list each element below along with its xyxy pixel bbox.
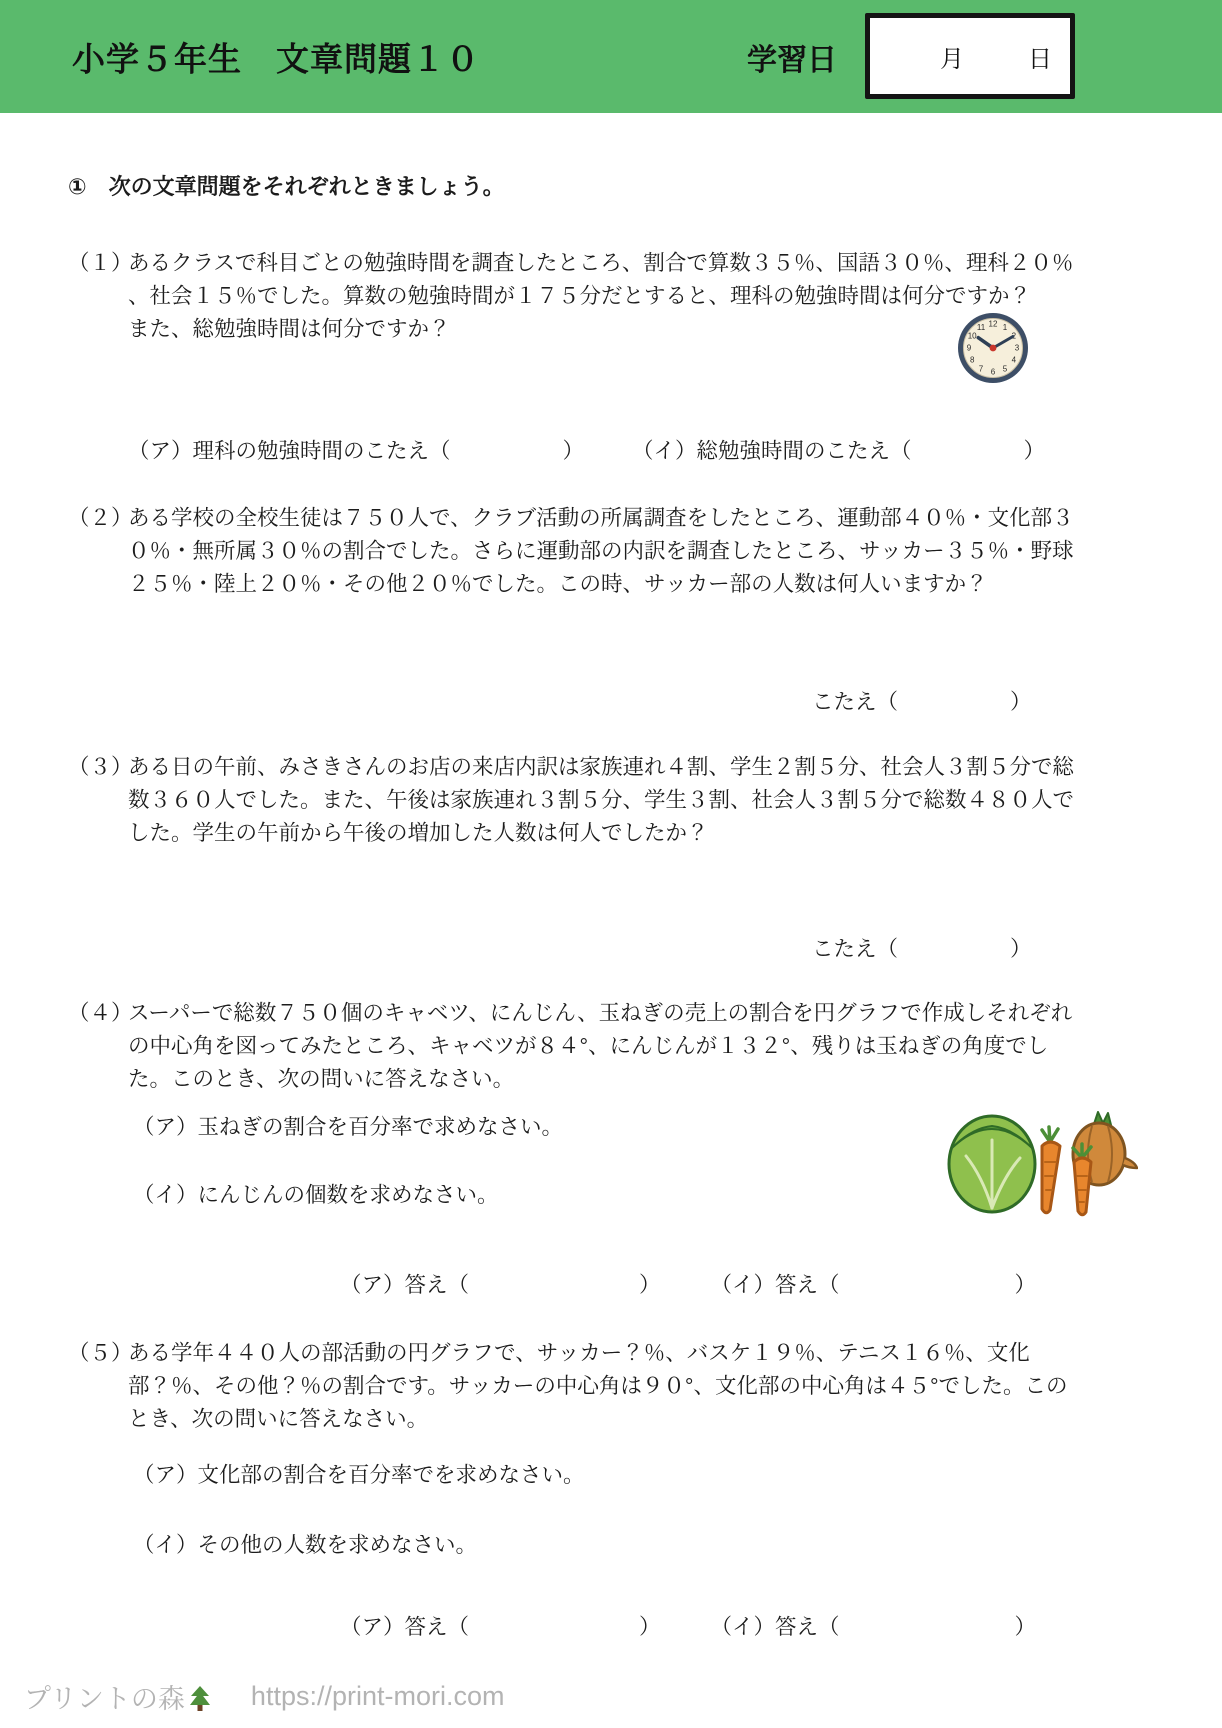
answer-b-label: （イ）答え（ — [711, 1268, 840, 1299]
month-label: 月 — [940, 39, 964, 74]
day-label: 日 — [1028, 39, 1052, 74]
problem-1-line: また、総勉強時間は何分ですか？ — [128, 313, 1073, 346]
svg-text:8: 8 — [970, 356, 975, 365]
svg-text:7: 7 — [979, 364, 984, 373]
answer-b-close: ） — [1015, 1268, 1037, 1299]
problem-5-number: （５） — [68, 1337, 133, 1370]
problem-4-line: た。このとき、次の問いに答えなさい。 — [128, 1063, 1072, 1096]
problem-5-answer-row: （ア）答え（ ） （イ）答え（ ） — [340, 1610, 1036, 1641]
answer-a-blank — [451, 464, 563, 465]
problem-4-subquestion-a: （ア）玉ねぎの割合を百分率で求めなさい。 — [133, 1110, 563, 1141]
problem-5: （５） ある学年４４０人の部活動の円グラフで、サッカー？％、バスケ１９％、テニス… — [68, 1337, 1068, 1436]
problem-1-line: あるクラスで科目ごとの勉強時間を調査したところ、割合で算数３５％、国語３０％、理… — [128, 247, 1073, 280]
problem-4-line: の中心角を図ってみたところ、キャベツが８４°、にんじんが１３２°、残りは玉ねぎの… — [128, 1030, 1072, 1063]
answer-a-label: （ア）答え（ — [340, 1268, 469, 1299]
problem-4-subquestion-b: （イ）にんじんの個数を求めなさい。 — [133, 1178, 499, 1209]
svg-text:3: 3 — [1015, 344, 1020, 353]
problem-3-answer-row: こたえ（ ） — [812, 932, 1032, 963]
answer-a-blank — [469, 1640, 639, 1641]
svg-text:11: 11 — [977, 323, 986, 332]
problem-3-line: した。学生の午前から午後の増加した人数は何人でしたか？ — [128, 817, 1074, 850]
answer-a-label: （ア）理科の勉強時間のこたえ（ — [128, 434, 451, 465]
header-band: 小学５年生 文章問題１０ 学習日 月 日 — [0, 0, 1222, 113]
problem-4: （４） スーパーで総数７５０個のキャベツ、にんじん、玉ねぎの売上の割合を円グラフ… — [68, 997, 1072, 1096]
answer-close: ） — [1010, 932, 1032, 963]
clock-icon: 12 1 2 3 4 5 6 7 8 9 10 11 — [956, 311, 1030, 385]
site-url: https://print-mori.com — [251, 1681, 505, 1712]
answer-a-close: ） — [639, 1610, 661, 1641]
problem-3-number: （３） — [68, 751, 133, 784]
problem-5-line: ある学年４４０人の部活動の円グラフで、サッカー？％、バスケ１９％、テニス１６％、… — [128, 1337, 1068, 1370]
problem-1-line: 、社会１５％でした。算数の勉強時間が１７５分だとすると、理科の勉強時間は何分です… — [128, 280, 1073, 313]
problem-3: （３） ある日の午前、みさきさんのお店の来店内訳は家族連れ４割、学生２割５分、社… — [68, 751, 1074, 850]
page-title: 小学５年生 文章問題１０ — [72, 33, 480, 80]
answer-a-label: （ア）答え（ — [340, 1610, 469, 1641]
problem-3-line: 数３６０人でした。また、午後は家族連れ３割５分、学生３割、社会人３割５分で総数４… — [128, 784, 1074, 817]
svg-text:10: 10 — [968, 332, 977, 341]
problem-5-subquestion-a: （ア）文化部の割合を百分率でを求めなさい。 — [133, 1458, 585, 1489]
vegetables-illustration — [946, 1106, 1138, 1218]
vegetables-illustration — [946, 1106, 1138, 1218]
svg-text:5: 5 — [1003, 364, 1008, 373]
answer-b-close: ） — [1015, 1610, 1037, 1641]
problem-1-number: （１） — [68, 247, 133, 280]
instruction-text: ① 次の文章問題をそれぞれときましょう。 — [68, 170, 505, 201]
clock-center-dot — [990, 345, 997, 352]
answer-label: こたえ（ — [812, 932, 898, 963]
svg-text:12: 12 — [989, 320, 998, 329]
answer-b-label: （イ）総勉強時間のこたえ（ — [632, 434, 912, 465]
problem-3-line: ある日の午前、みさきさんのお店の来店内訳は家族連れ４割、学生２割５分、社会人３割… — [128, 751, 1074, 784]
answer-b-label: （イ）答え（ — [711, 1610, 840, 1641]
answer-gap — [661, 1640, 711, 1641]
problem-4-line: スーパーで総数７５０個のキャベツ、にんじん、玉ねぎの売上の割合を円グラフで作成し… — [128, 997, 1072, 1030]
answer-a-close: ） — [563, 434, 585, 465]
problem-2-number: （２） — [68, 502, 133, 535]
date-entry-box: 月 日 — [865, 13, 1075, 99]
problem-2-line: ２５％・陸上２０％・その他２０％でした。この時、サッカー部の人数は何人いますか？ — [128, 568, 1074, 601]
svg-text:9: 9 — [967, 344, 972, 353]
answer-gap — [584, 464, 632, 465]
worksheet-page: 小学５年生 文章問題１０ 学習日 月 日 ① 次の文章問題をそれぞれときましょう… — [0, 0, 1222, 1728]
carrot-icon — [1042, 1127, 1060, 1213]
problem-2-line: ０％・無所属３０％の割合でした。さらに運動部の内訳を調査したところ、サッカー３５… — [128, 535, 1074, 568]
problem-5-subquestion-b: （イ）その他の人数を求めなさい。 — [133, 1528, 477, 1559]
answer-a-blank — [469, 1298, 639, 1299]
problem-4-answer-row: （ア）答え（ ） （イ）答え（ ） — [340, 1268, 1036, 1299]
answer-a-close: ） — [639, 1268, 661, 1299]
answer-b-blank — [840, 1298, 1015, 1299]
problem-2-answer-row: こたえ（ ） — [812, 685, 1032, 716]
answer-gap — [661, 1298, 711, 1299]
answer-b-blank — [912, 464, 1024, 465]
cabbage-icon — [949, 1116, 1035, 1212]
problem-4-number: （４） — [68, 997, 133, 1030]
svg-text:1: 1 — [1003, 323, 1008, 332]
problem-2: （２） ある学校の全校生徒は７５０人で、クラブ活動の所属調査をしたところ、運動部… — [68, 502, 1074, 601]
site-name: プリントの森 — [24, 1677, 185, 1716]
answer-close: ） — [1010, 685, 1032, 716]
problem-1: （１） あるクラスで科目ごとの勉強時間を調査したところ、割合で算数３５％、国語３… — [68, 247, 1073, 346]
problem-5-line: 部？％、その他？％の割合です。サッカーの中心角は９０°、文化部の中心角は４５°で… — [128, 1370, 1068, 1403]
clock-icon: 12 1 2 3 4 5 6 7 8 9 10 11 — [956, 311, 1030, 385]
problem-5-line: とき、次の問いに答えなさい。 — [128, 1403, 1068, 1436]
study-date-label: 学習日 — [747, 35, 837, 79]
svg-text:4: 4 — [1012, 356, 1017, 365]
answer-label: こたえ（ — [812, 685, 898, 716]
svg-text:6: 6 — [991, 368, 996, 377]
answer-b-blank — [840, 1640, 1015, 1641]
answer-blank — [898, 715, 1010, 716]
tree-icon — [189, 1685, 211, 1712]
footer: プリントの森 https://print-mori.com — [24, 1676, 504, 1716]
answer-b-close: ） — [1024, 434, 1046, 465]
answer-blank — [898, 962, 1010, 963]
problem-1-answer-row: （ア）理科の勉強時間のこたえ（ ） （イ）総勉強時間のこたえ（ ） — [128, 434, 1045, 465]
problem-2-line: ある学校の全校生徒は７５０人で、クラブ活動の所属調査をしたところ、運動部４０％・… — [128, 502, 1074, 535]
